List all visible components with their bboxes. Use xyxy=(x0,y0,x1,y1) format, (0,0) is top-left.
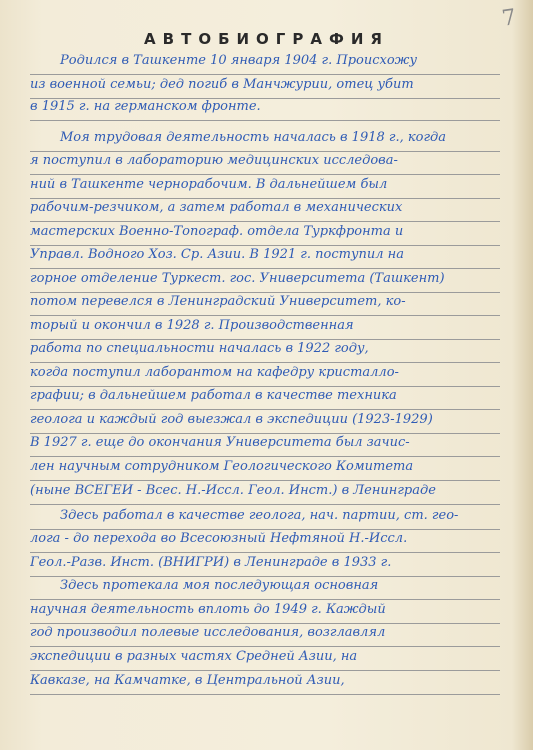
handwritten-line: я поступил в лабораторию медицинских исс… xyxy=(30,150,500,175)
handwritten-line: лен научным сотрудником Геологического К… xyxy=(30,456,500,481)
handwritten-line: когда поступил лаборантом на кафедру кри… xyxy=(30,362,500,387)
handwritten-line: горное отделение Туркест. гос. Университ… xyxy=(30,268,500,293)
handwritten-line: рабочим-резчиком, а затем работал в меха… xyxy=(30,197,500,222)
handwritten-line: Управл. Водного Хоз. Ср. Азии. В 1921 г.… xyxy=(30,244,500,269)
handwritten-line: Моя трудовая деятельность началась в 191… xyxy=(30,127,500,152)
handwritten-line: Здесь протекала моя последующая основная xyxy=(30,575,500,600)
handwritten-line: Здесь работал в качестве геолога, нач. п… xyxy=(30,505,500,530)
handwritten-line: Кавказе, на Камчатке, в Центральной Азии… xyxy=(30,670,500,695)
handwritten-line: лога - до перехода во Всесоюзный Нефтяно… xyxy=(30,528,500,553)
handwritten-line: ний в Ташкенте чернорабочим. В дальнейше… xyxy=(30,174,500,199)
handwritten-line: Родился в Ташкенте 10 января 1904 г. Про… xyxy=(30,50,500,75)
handwritten-line: (ныне ВСЕГЕИ - Всес. Н.-Иссл. Геол. Инст… xyxy=(30,480,500,505)
handwritten-line: в 1915 г. на германском фронте. xyxy=(30,96,500,121)
handwritten-line: работа по специальности началась в 1922 … xyxy=(30,338,500,363)
handwritten-line: торый и окончил в 1928 г. Производственн… xyxy=(30,315,500,340)
handwritten-line: год производил полевые исследования, воз… xyxy=(30,622,500,647)
handwritten-line: научная деятельность вплоть до 1949 г. К… xyxy=(30,599,500,624)
handwritten-line: В 1927 г. еще до окончания Университета … xyxy=(30,432,500,457)
handwritten-line: Геол.-Разв. Инст. (ВНИГРИ) в Ленинграде … xyxy=(30,552,500,577)
handwritten-line: потом перевелся в Ленинградский Универси… xyxy=(30,291,500,316)
handwritten-line: геолога и каждый год выезжал в экспедици… xyxy=(30,409,500,434)
handwritten-text-body: Родился в Ташкенте 10 января 1904 г. Про… xyxy=(0,0,533,750)
document-page: 7 АВТОБИОГРАФИЯ Родился в Ташкенте 10 ян… xyxy=(0,0,533,750)
handwritten-line: экспедиции в разных частях Средней Азии,… xyxy=(30,646,500,671)
handwritten-line: графии; в дальнейшем работал в качестве … xyxy=(30,385,500,410)
handwritten-line: мастерских Военно-Топограф. отдела Туркф… xyxy=(30,221,500,246)
